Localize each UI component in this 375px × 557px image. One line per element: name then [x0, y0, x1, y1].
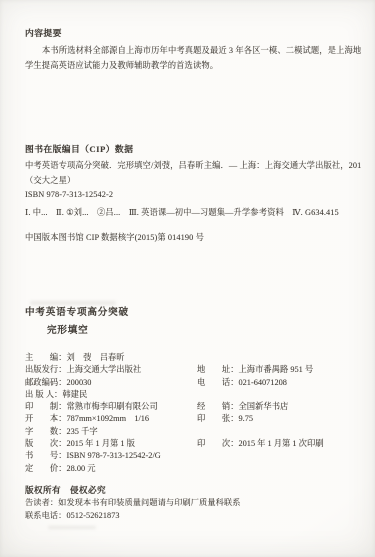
field-value: 787mm×1092mm 1/16 — [67, 413, 150, 425]
field-label: 经 销： — [197, 401, 239, 413]
cip-title-statement: 中考英语专项高分突破．完形填空/刘弢，吕春昕主编．— 上海：上海交通大学出版社，… — [25, 159, 361, 174]
scan-smudge — [48, 526, 96, 529]
field-label: 印 次： — [197, 438, 239, 450]
cip-classification: Ⅰ. 中... Ⅱ. ①刘... ②吕... Ⅲ. 英语课—初中—习题集—升学参… — [25, 206, 361, 221]
imprint-row-publisher-person: 出 版 人：韩建民 — [25, 389, 361, 401]
field-label: 印 制： — [25, 401, 67, 413]
book-copyright-page: 内容提要 本书所选材料全部源自上海市历年中考真题及最近 3 年各区一模、二模试题… — [0, 0, 375, 557]
reader-notice: 告读者：如发现本书有印装质量问题请与印刷厂质量科联系 — [25, 497, 361, 510]
field-value: 常熟市梅李印刷有限公司 — [67, 401, 158, 413]
field-label: 邮政编码： — [25, 377, 67, 389]
content-summary-section: 内容提要 本书所选材料全部源自上海市历年中考真题及最近 3 年各区一模、二模试题… — [25, 27, 361, 73]
imprint-row-printer-distributor: 印 制：常熟市梅李印刷有限公司 经 销：全国新华书店 — [25, 401, 361, 413]
summary-heading: 内容提要 — [25, 27, 361, 39]
field-label: 电 话： — [197, 377, 239, 389]
imprint-row-isbn: 书 号：ISBN 978-7-313-12542-2/G — [25, 450, 361, 462]
imprint-row-edition-printing: 版 次：2015 年 1 月第 1 版 印 次：2015 年 1 月第 1 次印… — [25, 438, 361, 450]
field-value: 28.00 元 — [67, 463, 96, 475]
field-value: 全国新华书店 — [239, 401, 289, 413]
book-title-section: 中考英语专项高分突破 完形填空 — [25, 306, 361, 337]
imprint-row-postcode-phone: 邮政编码：200030 电 话：021-64071208 — [25, 377, 361, 389]
field-label: 出 版 人： — [25, 389, 62, 401]
scan-smudge — [30, 301, 116, 305]
cip-data-section: 图书在版编目（CIP）数据 中考英语专项高分突破．完形填空/刘弢，吕春昕主编．—… — [25, 143, 361, 220]
field-value: 235 千字 — [67, 426, 98, 438]
field-value: 上海市番禺路 951 号 — [239, 364, 314, 376]
field-value: 上海交通大学出版社 — [67, 364, 142, 376]
field-label: 定 价： — [25, 463, 67, 475]
field-label: 出版发行： — [25, 364, 67, 376]
imprint-row-editor: 主 编：刘 弢 吕春昕 — [25, 352, 361, 364]
cip-record-section: 中国版本图书馆 CIP 数据核字(2015)第 014190 号 — [25, 231, 361, 246]
field-value: ISBN 978-7-313-12542-2/G — [67, 450, 161, 462]
imprint-row-price: 定 价：28.00 元 — [25, 463, 361, 475]
contact-phone: 联系电话：0512-52621873 — [25, 510, 361, 523]
cip-heading: 图书在版编目（CIP）数据 — [25, 143, 361, 155]
field-label: 书 号： — [25, 450, 67, 462]
field-label: 印 张： — [197, 413, 239, 425]
field-label: 主 编： — [25, 352, 67, 364]
field-value: 2015 年 1 月第 1 版 — [67, 438, 135, 450]
cip-series-name: （交大之星） — [25, 174, 361, 189]
cip-record-number: 中国版本图书馆 CIP 数据核字(2015)第 014190 号 — [25, 231, 361, 246]
book-title-line-2: 完形填空 — [47, 324, 361, 337]
copyright-notice-section: 版权所有 侵权必究 告读者：如发现本书有印装质量问题请与印刷厂质量科联系 联系电… — [25, 484, 361, 522]
imprint-table: 主 编：刘 弢 吕春昕 出版发行：上海交通大学出版社 地 址：上海市番禺路 95… — [25, 352, 361, 475]
book-title-line-1: 中考英语专项高分突破 — [25, 306, 361, 319]
copyright-notice: 版权所有 侵权必究 — [25, 484, 361, 497]
cip-isbn: ISBN 978-7-313-12542-2 — [25, 188, 361, 203]
field-value: 韩建民 — [62, 389, 87, 401]
field-label: 字 数： — [25, 426, 67, 438]
field-value: 刘 弢 吕春昕 — [67, 352, 125, 364]
summary-line-1: 本书所选材料全部源自上海市历年中考真题及最近 3 年各区一模、二模试题，是上海地… — [25, 43, 361, 58]
summary-line-2: 学生提高英语应试能力及教师辅助教学的首选读物。 — [25, 58, 361, 73]
imprint-row-publisher-address: 出版发行：上海交通大学出版社 地 址：上海市番禺路 951 号 — [25, 364, 361, 376]
field-value: 9.75 — [239, 413, 254, 425]
field-value: 200030 — [67, 377, 92, 389]
imprint-row-format-sheets: 开 本：787mm×1092mm 1/16 印 张：9.75 — [25, 413, 361, 425]
field-label: 开 本： — [25, 413, 67, 425]
field-value: 2015 年 1 月第 1 次印刷 — [239, 438, 324, 450]
field-value: 021-64071208 — [239, 377, 287, 389]
field-label: 地 址： — [197, 364, 239, 376]
imprint-row-wordcount: 字 数：235 千字 — [25, 426, 361, 438]
field-label: 版 次： — [25, 438, 67, 450]
